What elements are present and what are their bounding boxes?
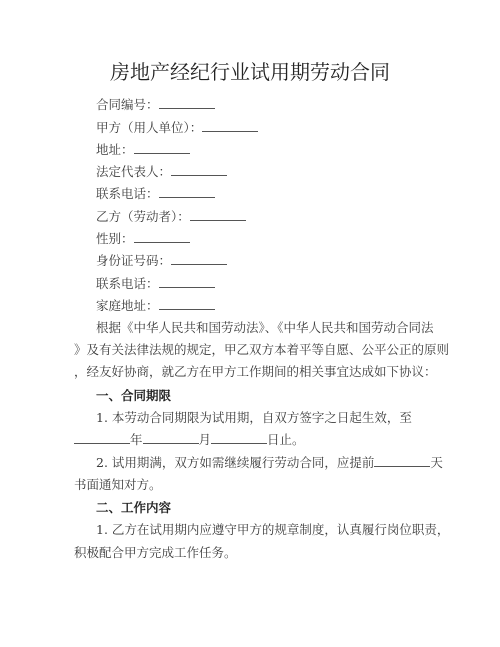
fill-blank-notice-days[interactable]	[374, 453, 430, 467]
fill-blank-party-b[interactable]	[190, 207, 246, 221]
term-item-2-line-1: 2. 试用期满，双方如需继续履行劳动合同，应提前天	[96, 453, 443, 473]
term-item-2-line-2: 书面通知对方。	[74, 475, 162, 495]
field-label: 乙方（劳动者）：	[96, 209, 190, 224]
fill-blank-year[interactable]	[74, 430, 130, 444]
month-label: 月	[199, 432, 212, 447]
field-party-a: 甲方（用人单位）：	[96, 118, 258, 138]
preamble-line-3: ，经友好协商，就乙方在甲方工作期间的相关事宜达成如下协议：	[74, 362, 437, 382]
fill-blank-party-a-phone[interactable]	[159, 184, 215, 198]
field-label: 合同编号：	[96, 97, 159, 112]
section-heading-work-content: 二、工作内容	[96, 498, 171, 518]
document-title: 房地产经纪行业试用期劳动合同	[0, 58, 500, 86]
fill-blank-gender[interactable]	[134, 229, 190, 243]
field-contract-number: 合同编号：	[96, 95, 215, 115]
field-label: 性别：	[96, 231, 134, 246]
work-item-1-line-2: 积极配合甲方完成工作任务。	[74, 543, 237, 563]
field-home-address: 家庭地址：	[96, 296, 215, 316]
field-gender: 性别：	[96, 229, 190, 249]
field-label: 身份证号码：	[96, 253, 171, 268]
fill-blank-home-address[interactable]	[159, 296, 215, 310]
day-end-label: 日止。	[267, 432, 305, 447]
field-label: 地址：	[96, 142, 134, 157]
fill-blank-day[interactable]	[211, 430, 267, 444]
field-legal-representative: 法定代表人：	[96, 162, 227, 182]
year-label: 年	[130, 432, 143, 447]
field-label: 甲方（用人单位）：	[96, 120, 202, 135]
term-item-2-prefix: 2. 试用期满，双方如需继续履行劳动合同，应提前	[96, 455, 374, 470]
field-party-b: 乙方（劳动者）：	[96, 207, 246, 227]
fill-blank-month[interactable]	[143, 430, 199, 444]
fill-blank-party-a[interactable]	[202, 118, 258, 132]
fill-blank-party-b-phone[interactable]	[159, 274, 215, 288]
preamble-line-2: 》及有关法律法规的规定，甲乙双方本着平等自愿、公平公正的原则	[74, 340, 449, 360]
field-party-a-phone: 联系电话：	[96, 184, 215, 204]
fill-blank-legal-representative[interactable]	[171, 162, 227, 176]
field-id-number: 身份证号码：	[96, 251, 227, 271]
field-address: 地址：	[96, 140, 190, 160]
field-label: 法定代表人：	[96, 164, 171, 179]
field-label: 联系电话：	[96, 276, 159, 291]
fill-blank-contract-number[interactable]	[159, 95, 215, 109]
field-label: 联系电话：	[96, 186, 159, 201]
term-item-1-line-1: 1. 本劳动合同期限为试用期，自双方签字之日起生效，至	[96, 408, 412, 428]
term-item-1-line-2: 年月日止。	[74, 430, 305, 450]
fill-blank-address[interactable]	[134, 140, 190, 154]
section-heading-term: 一、合同期限	[96, 386, 171, 406]
field-party-b-phone: 联系电话：	[96, 274, 215, 294]
field-label: 家庭地址：	[96, 298, 159, 313]
fill-blank-id-number[interactable]	[171, 251, 227, 265]
preamble-line-1: 根据《中华人民共和国劳动法》、《中华人民共和国劳动合同法	[96, 318, 434, 338]
work-item-1-line-1: 1. 乙方在试用期内应遵守甲方的规章制度，认真履行岗位职责，	[96, 520, 449, 540]
term-item-2-suffix: 天	[430, 455, 443, 470]
